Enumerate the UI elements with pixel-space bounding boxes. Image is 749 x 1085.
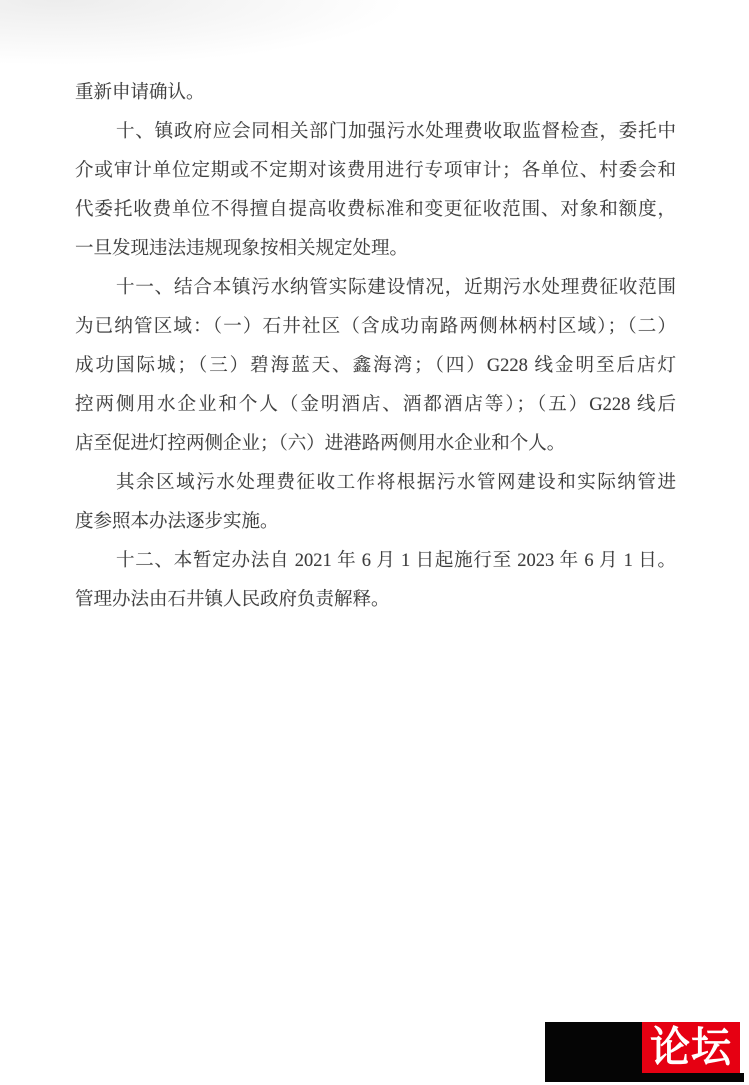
watermark-black-box — [545, 1022, 642, 1073]
document-line: 一旦发现违法违规现象按相关规定处理。 — [75, 230, 676, 269]
document-line: 介或审计单位定期或不定期对该费用进行专项审计；各单位、村委会和 — [75, 152, 676, 191]
forum-watermark: 论坛 — [545, 1022, 744, 1082]
document-page: 重新申请确认。十、镇政府应会同相关部门加强污水处理费收取监督检查，委托中介或审计… — [0, 0, 749, 1085]
document-text: 重新申请确认。十、镇政府应会同相关部门加强污水处理费收取监督检查，委托中介或审计… — [75, 74, 676, 620]
document-line: 重新申请确认。 — [75, 74, 676, 113]
document-line: 管理办法由石井镇人民政府负责解释。 — [75, 581, 676, 620]
watermark-logo-row: 论坛 — [545, 1022, 744, 1073]
watermark-text: 论坛 — [650, 1027, 732, 1069]
watermark-bottom-bar — [545, 1073, 744, 1082]
document-line: 为已纳管区域：（一）石井社区（含成功南路两侧林柄村区域）；（二） — [75, 308, 676, 347]
document-line: 十二、本暂定办法自 2021 年 6 月 1 日起施行至 2023 年 6 月 … — [75, 542, 676, 581]
document-line: 十、镇政府应会同相关部门加强污水处理费收取监督检查，委托中 — [75, 113, 676, 152]
document-line: 控两侧用水企业和个人（金明酒店、酒都酒店等）；（五）G228 线后 — [75, 386, 676, 425]
document-line: 代委托收费单位不得擅自提高收费标准和变更征收范围、对象和额度， — [75, 191, 676, 230]
document-line: 十一、结合本镇污水纳管实际建设情况，近期污水处理费征收范围 — [75, 269, 676, 308]
document-line: 度参照本办法逐步实施。 — [75, 503, 676, 542]
document-line: 其余区域污水处理费征收工作将根据污水管网建设和实际纳管进 — [75, 464, 676, 503]
scan-shading — [0, 0, 400, 64]
document-line: 店至促进灯控两侧企业；（六）进港路两侧用水企业和个人。 — [75, 425, 676, 464]
watermark-red-box: 论坛 — [642, 1022, 740, 1073]
document-line: 成功国际城；（三）碧海蓝天、鑫海湾；（四）G228 线金明至后店灯 — [75, 347, 676, 386]
